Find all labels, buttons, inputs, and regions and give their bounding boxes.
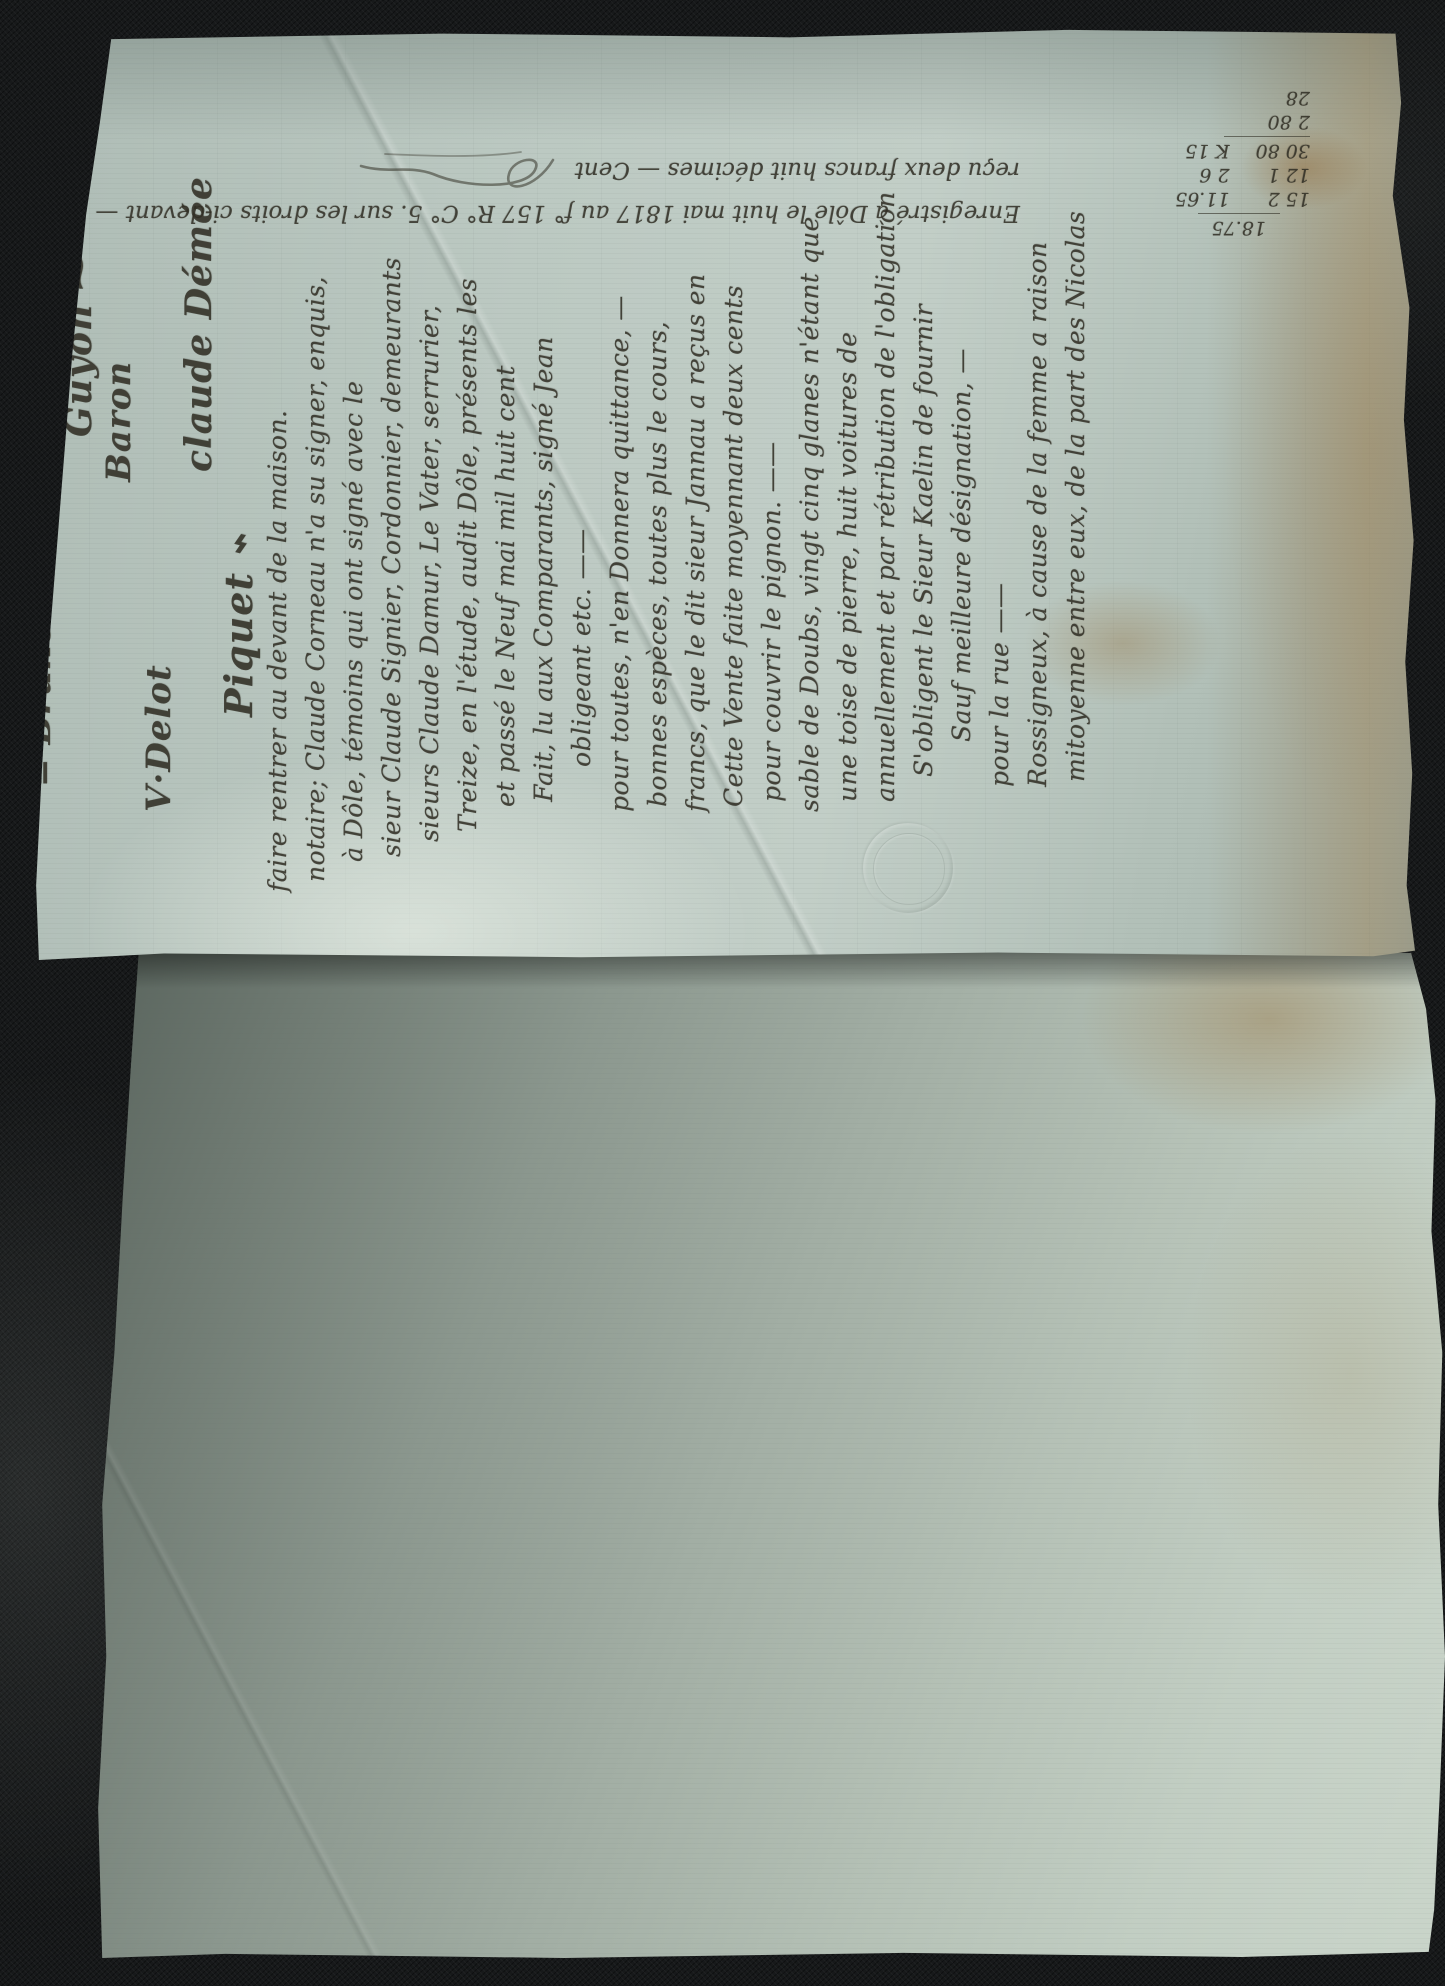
signature: Piquet ⌁ — [219, 218, 259, 717]
handwritten-line: Rossigneux, à cause de la femme a raison — [1019, 218, 1057, 787]
handwritten-line: S'obligent le Sieur Kaelin de fournir — [905, 218, 943, 777]
handwritten-line: pour toutes, n'en Donnera quittance, — — [601, 218, 639, 812]
calc-figure: 2 6 — [1175, 163, 1229, 187]
fee-calculations: 18.75 15 212 130 80 11.652 6K 15 2 8028 — [1128, 36, 1310, 240]
manuscript-recto-page: Enregistré à Dôle le huit mai 1817 au f°… — [25, 28, 1415, 960]
registration-receipt-line: reçu deux francs huit décimes — Cent — [575, 153, 1020, 187]
signature: Baron — [99, 218, 139, 482]
handwritten-line: pour couvrir le pignon. —— — [753, 218, 791, 802]
handwritten-line: Sauf meilleure désignation, — — [943, 218, 981, 742]
handwritten-line: et passé le Neuf mai mil huit cent — [487, 218, 525, 807]
handwritten-line: annuellement et par rétribution de l'obl… — [867, 218, 905, 802]
handwritten-line: faire rentrer au devant de la maison. — [259, 218, 297, 892]
embossed-seal — [863, 823, 953, 913]
calc-figure: 12 1 — [1256, 163, 1310, 187]
calc-total-figure: 28 — [1224, 86, 1310, 110]
handwritten-line: pour la rue —— — [981, 218, 1019, 787]
calc-column-right: 11.652 6K 15 — [1175, 139, 1229, 211]
calc-column-left: 15 212 130 80 — [1256, 139, 1310, 211]
handwritten-line: francs, que le dit sieur Jannau a reçus … — [677, 218, 715, 812]
calc-total-figure: 2 80 — [1224, 110, 1310, 134]
calc-figure: 11.65 — [1175, 187, 1229, 211]
handwritten-line: à Dôle, témoins qui ont signé avec le — [335, 218, 373, 862]
signature: claude Démée — [179, 218, 219, 472]
handwritten-line: une toise de pierre, huit voitures de — [829, 218, 867, 802]
signature: V·Delot — [139, 218, 179, 812]
handwritten-line: notaire; Claude Corneau n'a su signer, e… — [297, 218, 335, 882]
handwritten-line: bonnes espèces, toutes plus le cours, — [639, 218, 677, 807]
handwritten-line: Treize, en l'étude, audit Dôle, présents… — [449, 218, 487, 832]
handwritten-line: sable de Doubs, vingt cinq glanes n'étan… — [791, 218, 829, 812]
handwritten-line: Cette Vente faite moyennant deux cents — [715, 218, 753, 807]
calc-totals: 2 8028 — [1224, 86, 1310, 137]
handwritten-line: Fait, lu aux Comparants, signé Jean — [525, 218, 563, 802]
registration-receipt-row: reçu deux francs huit décimes — Cent — [120, 144, 1020, 196]
calc-figure: 15 2 — [1256, 187, 1310, 211]
photo-of-manuscript: Enregistré à Dôle le huit mai 1817 au f°… — [0, 0, 1445, 1986]
handwritten-line: sieur Claude Signier, Cordonnier, demeur… — [373, 218, 411, 857]
handwritten-line: sieurs Claude Damur, Le Vater, serrurier… — [411, 218, 449, 842]
calc-columns: 15 212 130 80 11.652 6K 15 — [1128, 139, 1310, 211]
calc-figure: K 15 — [1175, 139, 1229, 163]
deed-lines: mitoyenne entre eux, de la part des Nico… — [259, 218, 1095, 952]
handwritten-line: obligeant etc. —— — [563, 218, 601, 767]
calc-total-top: 18.75 — [1198, 213, 1280, 240]
blank-verso-page — [90, 948, 1445, 1960]
calc-figure: 30 80 — [1256, 139, 1310, 163]
handwritten-line: mitoyenne entre eux, de la part des Nico… — [1057, 218, 1095, 782]
receiver-paraph-flourish — [351, 144, 561, 196]
